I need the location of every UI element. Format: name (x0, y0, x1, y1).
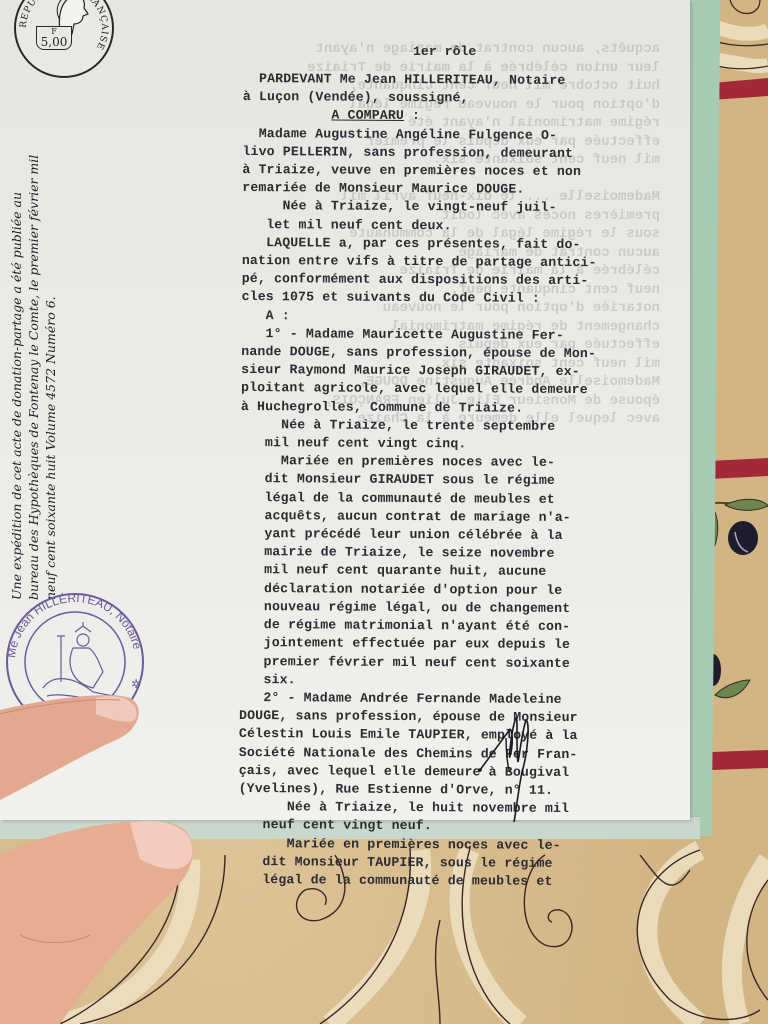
deed-line: ploitant agricole, avec lequel elle deme… (241, 379, 641, 400)
deed-body-text: PARDEVANT Me Jean HILLERITEAU, Notaireà … (238, 70, 643, 892)
deed-line: PARDEVANT Me Jean HILLERITEAU, Notaire (243, 70, 643, 91)
deed-line: mil neuf cent vingt cinq. (241, 434, 641, 455)
deed-line: nouveau régime légal, ou de changement (240, 598, 640, 619)
notary-signature (470, 712, 550, 822)
deed-line: (Yvelines), Rue Estienne d'Orve, n° 11. (239, 780, 639, 801)
deed-line: légal de la communauté de meubles et (240, 489, 640, 510)
fiscal-amount: 5,00 (41, 35, 68, 49)
deed-line: à Huchegrolles, Commune de Triaize. (241, 398, 641, 419)
deed-line: Société Nationale des Chemins de Fer Fra… (239, 744, 639, 765)
deed-line: mil neuf cent quarante huit, aucune (240, 561, 640, 582)
holding-thumb-top (0, 690, 150, 830)
deed-line: sieur Raymond Maurice Joseph GIRAUDET, e… (241, 361, 641, 382)
svg-text:✲: ✲ (131, 677, 141, 691)
deed-line: let mil neuf cent deux. (242, 216, 642, 237)
deed-line: nation entre vifs à titre de partage ant… (242, 252, 642, 273)
deed-line: remariée de Monsieur Maurice DOUGE. (242, 179, 642, 200)
margin-note-line: Une expédition de cet acte de donation-p… (8, 140, 25, 600)
deed-line: LAQUELLE a, par ces présentes, fait do- (242, 234, 642, 255)
deed-line: acquêts, aucun contrat de mariage n'a- (240, 507, 640, 528)
deed-line: livo PELLERIN, sans profession, demeuran… (242, 143, 642, 164)
deed-line: légal de la communauté de meubles et (238, 871, 638, 892)
deed-line: cles 1075 et suivants du Code Civil : (242, 288, 642, 309)
deed-line: neuf cent vingt neuf. (238, 816, 638, 837)
deed-line: à Luçon (Vendée), soussigné, (243, 88, 643, 109)
deed-line: Mariée en premières noces avec le- (238, 835, 638, 856)
deed-line: pé, conformément aux dispositions des ar… (242, 270, 642, 291)
holding-thumb-bottom (0, 815, 210, 1024)
deed-line: dit Monsieur TAUPIER, sous le régime (238, 853, 638, 874)
role-label: 1er rôle (413, 44, 476, 59)
deed-line: déclaration notariée d'option pour le (240, 580, 640, 601)
margin-note-line: bureau des Hypothèques de Fontenay le Co… (25, 140, 42, 600)
deed-line: Célestin Louis Emile TAUPIER, employé à … (239, 725, 639, 746)
deed-line: Madame Augustine Angéline Fulgence O- (243, 125, 643, 146)
deed-line: çais, avec lequel elle demeure à Bougiva… (239, 762, 639, 783)
margin-note-line: neuf cent soixante huit Volume 4572 Numé… (42, 140, 59, 600)
deed-line: à Triaize, veuve en premières noces et n… (242, 161, 642, 182)
fiscal-stamp: REPUBLIQUE FRANÇAISE F 5,00 (14, 0, 114, 78)
deed-line: Née à Triaize, le vingt-neuf juil- (242, 197, 642, 218)
fiscal-stamp-value: F 5,00 (36, 26, 72, 50)
deed-line: nande DOUGE, sans profession, épouse de … (241, 343, 641, 364)
deed-line: 1° - Madame Mauricette Augustine Fer- (241, 325, 641, 346)
deed-line: A COMPARU : (243, 106, 643, 127)
deed-line: dit Monsieur GIRAUDET sous le régime (240, 470, 640, 491)
deed-line: de régime matrimonial n'ayant été con- (240, 616, 640, 637)
deed-line: 2° - Madame Andrée Fernande Madeleine (239, 689, 639, 710)
deed-line: yant précédé leur union célébrée à la (240, 525, 640, 546)
deed-line: mairie de Triaize, le seize novembre (240, 543, 640, 564)
deed-line: jointement effectuée par eux depuis le (239, 634, 639, 655)
deed-line: A : (241, 307, 641, 328)
handwritten-margin-note: Une expédition de cet acte de donation-p… (8, 140, 59, 600)
deed-line: six. (239, 671, 639, 692)
deed-line: DOUGE, sans profession, épouse de Monsie… (239, 707, 639, 728)
deed-line: premier février mil neuf cent soixante (239, 652, 639, 673)
deed-line: Mariée en premières noces avec le- (241, 452, 641, 473)
deed-line: Née à Triaize, le huit novembre mil (238, 798, 638, 819)
fiscal-currency: F (37, 28, 71, 36)
deed-line: Née à Triaize, le trente septembre (241, 416, 641, 437)
